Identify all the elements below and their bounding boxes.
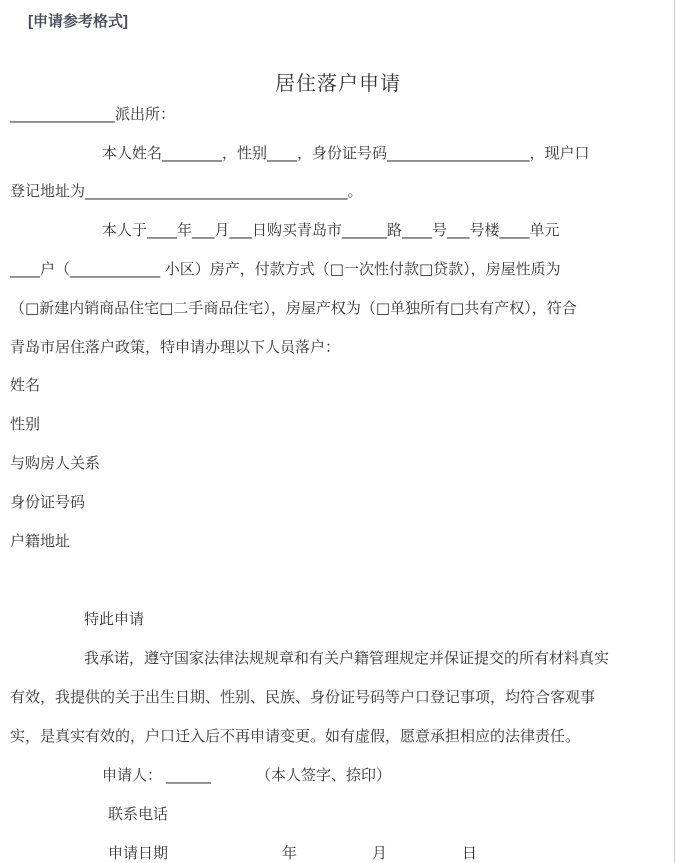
pledge-line3: 实，是真实有效的，户口迁入后不再申请变更。如有虚假，愿意承担相应的法律责任。: [10, 726, 580, 746]
closing-statement: 特此申请: [84, 609, 144, 629]
applicant-label: 申请人：: [102, 765, 162, 785]
field-label-gender: 性别: [10, 414, 40, 434]
date-month-label: 月: [372, 843, 387, 863]
page-right-border: [674, 0, 675, 863]
pledge-line2: 有效，我提供的关于出生日期、性别、民族、身份证号码等户口登记事项，均符合客观事: [10, 687, 595, 707]
paragraph1-line2: 登记地址为___________________________________…: [10, 181, 363, 201]
document-title: 居住落户申请: [0, 67, 676, 96]
paragraph1-line1: 本人姓名________，性别____，身份证号码_______________…: [102, 143, 590, 163]
addressee-line: ______________派出所：: [10, 104, 175, 124]
paragraph2-line4: 青岛市居住落户政策，特申请办理以下人员落户：: [10, 337, 340, 357]
pledge-line1: 我承诺，遵守国家法律法规规章和有关户籍管理规定并保证提交的所有材料真实: [84, 648, 609, 668]
date-year-label: 年: [282, 843, 297, 863]
applicant-signature-blank: ______: [166, 765, 211, 785]
date-day-label: 日: [462, 843, 477, 863]
contact-phone-label: 联系电话: [108, 804, 168, 824]
field-label-id-number: 身份证号码: [10, 492, 85, 512]
application-date-label: 申请日期: [108, 843, 168, 863]
paragraph2-line3: （□新建内销商品住宅□二手商品住宅），房屋产权为（□单独所有□共有产权），符合: [10, 298, 577, 318]
paragraph2-line2: ____户（____________ 小区）房产，付款方式（□一次性付款□贷款）…: [10, 259, 561, 279]
reference-format-tag: [申请参考格式]: [28, 10, 128, 31]
field-label-household-address: 户籍地址: [10, 531, 70, 551]
field-label-relationship: 与购房人关系: [10, 453, 100, 473]
field-label-name: 姓名: [10, 375, 40, 395]
paragraph2-line1: 本人于____年___月___日购买青岛市______路____号___号楼__…: [102, 220, 560, 240]
applicant-signature-note: （本人签字、捺印）: [256, 765, 391, 785]
